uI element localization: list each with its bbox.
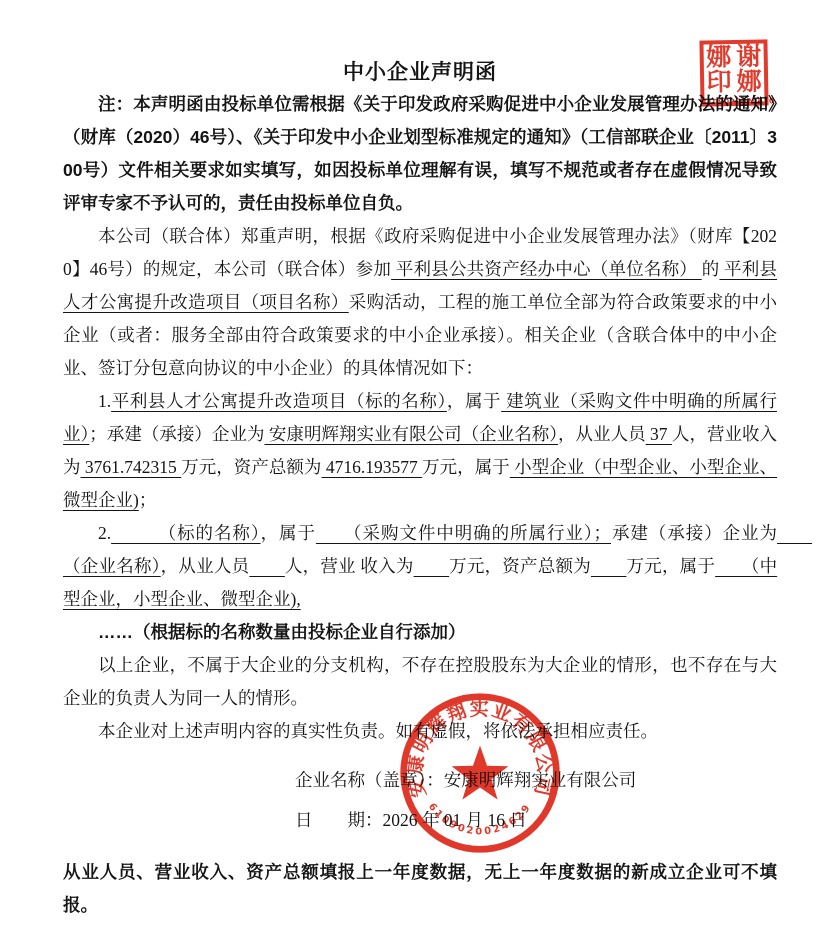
blank-assets (591, 556, 626, 576)
item2-paragraph: 2. （标的名称），属于 （采购文件中明确的所属行业）；承建（承接）企业为 （企… (63, 517, 777, 616)
text-run: 承建（承接）企业为 (611, 523, 777, 543)
blank-revenue (414, 556, 449, 576)
svg-text:6109020024629: 6109020024629 (426, 801, 534, 837)
underlined-employee-count: 37 (646, 424, 672, 444)
note-paragraph: 注：本声明函由投标单位需根据《关于印发政府采购促进中小企业发展管理办法的通知》（… (63, 88, 777, 220)
text-run: ；承建（承接）企业为 (89, 424, 264, 444)
square-name-seal: 娜 谢 印 娜 3109020024620 (699, 39, 768, 106)
blank-employee-count (249, 556, 284, 576)
seal-character-grid: 娜 谢 印 娜 (704, 44, 765, 95)
text-run: ，从业人员 (558, 424, 646, 444)
seal-char-top-left: 娜 (704, 45, 734, 71)
text-run: 万元，属于 (626, 556, 715, 576)
footer-note: 从业人员、营业收入、资产总额填报上一年度数据，无上一年度数据的新成立企业可不填报… (63, 856, 777, 922)
underlined-assets: 4716.193577 (321, 457, 422, 477)
underlined-purchaser-name: 平利县公共资产经办中心（单位名称） (391, 259, 702, 279)
seal-char-top-right: 谢 (734, 44, 764, 70)
text-run: ，属于 (261, 523, 316, 543)
underlined-revenue: 3761.742315 (81, 457, 182, 477)
document-title: 中小企业声明函 (63, 58, 777, 88)
seal-registration-number: 6109020024629 (426, 801, 534, 837)
text-run: ，属于 (447, 391, 501, 411)
text-run: ； (139, 490, 157, 510)
blank-subject-name: （标的名称） (111, 523, 260, 543)
text-run: 万元，资产总额为 (449, 556, 591, 576)
declaration-paragraph: 本公司（联合体）郑重声明，根据《政府采购促进中小企业发展管理办法》（财库【202… (63, 220, 777, 385)
item1-paragraph: 1.平利县人才公寓提升改造项目（标的名称），属于 建筑业（采购文件中明确的所属行… (63, 385, 777, 517)
round-company-seal: 安康明辉翔实业有限公司 6109020024629 (396, 690, 564, 856)
blank-industry: （采购文件中明确的所属行业）； (316, 523, 611, 543)
text-run: ，从业人员 (161, 556, 250, 576)
text-run: 人，营业 收入为 (285, 556, 414, 576)
square-seal-number: 3109020024620 (701, 96, 767, 106)
seal-star-icon (452, 746, 509, 800)
text-run: 万元，资产总额为 (181, 457, 321, 477)
date-label: 日 期： (295, 810, 383, 830)
item2-number: 2. (98, 523, 111, 543)
text-run: 万元，属于 (422, 457, 510, 477)
seal-char-bottom-right: 娜 (734, 69, 764, 95)
underlined-subject-name: 平利县人才公寓提升改造项目（标的名称） (111, 391, 447, 411)
item1-number: 1. (98, 391, 111, 411)
text-run: 的 (702, 259, 720, 279)
ellipsis-note-paragraph: ……（根据标的名称数量由投标企业自行添加） (63, 616, 777, 649)
seal-char-bottom-left: 印 (704, 70, 734, 96)
underlined-company-name: 安康明辉翔实业有限公司（企业名称） (265, 424, 559, 444)
